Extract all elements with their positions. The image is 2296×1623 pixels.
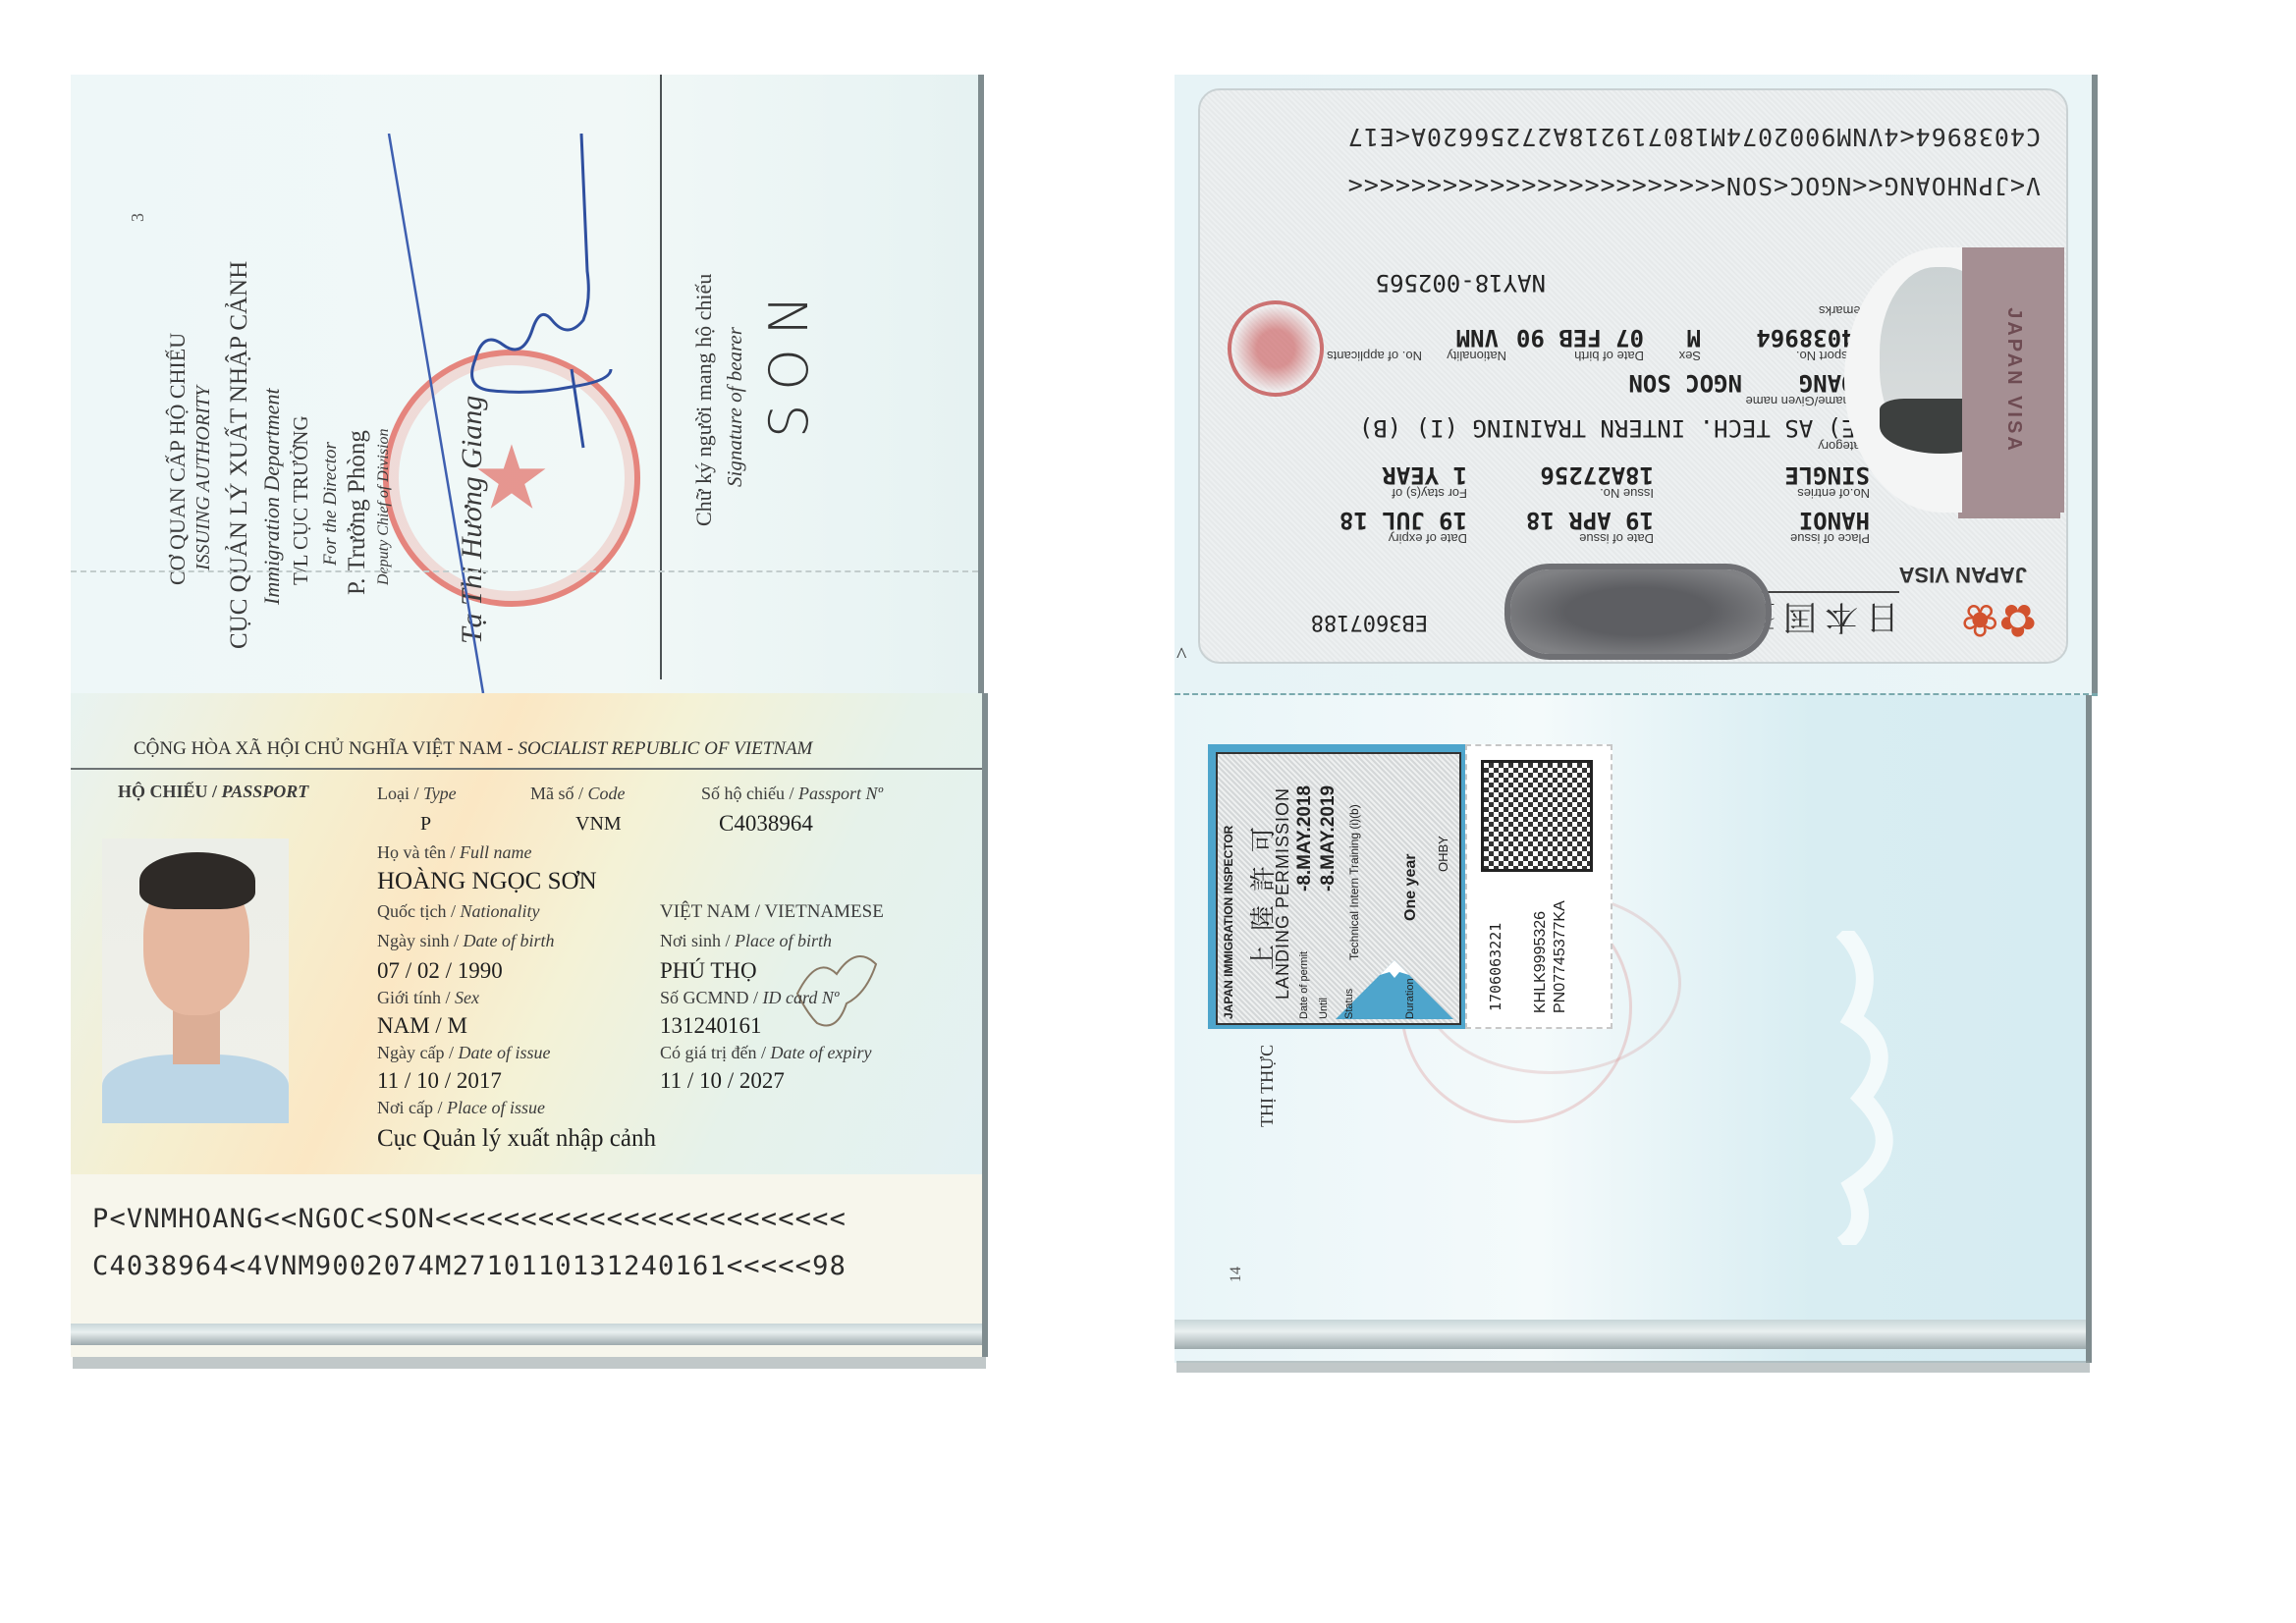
code-label-en: Code xyxy=(588,784,626,803)
passport-no-label-en: Passport Nº xyxy=(798,784,883,803)
visa-category: (E) AS TECH. INTERN TRAINING (I) (B) xyxy=(1359,414,1870,442)
date-of-issue: 19 APR 18 xyxy=(1526,507,1654,534)
port-code: OHBY xyxy=(1436,836,1450,872)
for-director-vi: T/L CỤC TRƯỞNG xyxy=(289,415,313,585)
visa-side-band: JAPAN VISA xyxy=(1962,247,2064,513)
sex: NAM / M xyxy=(377,1013,467,1039)
id-card-label: Số GCMND / ID card Nº xyxy=(660,988,839,1008)
applicants-label: No. of applicants xyxy=(1327,349,1422,363)
visa-mrz-line-1: V<JPNHOANG<<NGOC<SON<<<<<<<<<<<<<<<<<<<<… xyxy=(1347,172,2041,200)
stamp-header: JAPAN IMMIGRATION INSPECTOR xyxy=(1222,826,1235,1019)
nationality-label-en: Nationality xyxy=(461,901,540,921)
passport-no-label-vi: Số hộ chiếu xyxy=(701,784,785,803)
holder-photo xyxy=(102,839,289,1123)
nationality: VNM xyxy=(1456,324,1499,352)
code-label: Mã số / Code xyxy=(530,784,626,804)
data-page-header: CỘNG HÒA XÃ HỘI CHỦ NGHĨA VIỆT NAM - SOC… xyxy=(134,738,958,760)
embossed-seal xyxy=(1510,569,1766,654)
japan-visa-sticker: ✿❀ JAPAN VISA 日本国査証 EB3607188 Place of i… xyxy=(1198,88,2068,664)
page-number: 14 xyxy=(1228,1267,1245,1282)
date-of-expiry: 19 JUL 18 xyxy=(1339,507,1467,534)
place-issue-label-en: Place of issue xyxy=(447,1098,545,1117)
page-shadow xyxy=(73,1357,986,1369)
issue-date-label: Ngày cấp / Date of issue xyxy=(377,1043,550,1063)
sex: M xyxy=(1687,324,1701,352)
type-label-en: Type xyxy=(423,784,457,803)
issue-label-vi: Ngày cấp xyxy=(377,1043,444,1062)
bearer-signature: SON xyxy=(758,282,820,438)
code-label-vi: Mã số xyxy=(530,784,574,803)
pob-label-vi: Nơi sinh xyxy=(660,931,721,950)
stamp-code-2: PN07745377KA xyxy=(1552,900,1569,1013)
signature-divider xyxy=(660,75,662,679)
issuing-authority-label-vi: CƠ QUAN CẤP HỘ CHIẾU xyxy=(165,333,191,585)
place-of-issue: Cục Quản lý xuất nhập cảnh xyxy=(377,1125,656,1153)
type-label: Loại / Type xyxy=(377,784,457,804)
date-of-expiry: 11 / 10 / 2027 xyxy=(660,1068,785,1094)
status-label: Status xyxy=(1343,989,1355,1019)
expiry-label-en: Date of expiry xyxy=(771,1043,872,1062)
date-of-birth: 07 FEB 90 xyxy=(1516,324,1644,352)
page-shadow xyxy=(1176,1361,2090,1373)
dob-label-en: Date of birth xyxy=(464,931,555,950)
stay-duration: 1 YEAR xyxy=(1382,461,1467,489)
stamp-code-1: KHLK9995326 xyxy=(1532,911,1550,1013)
landing-permission-sticker: JAPAN IMMIGRATION INSPECTOR 上陸許可 LANDING… xyxy=(1208,744,1613,1029)
place-of-birth: PHÚ THỌ xyxy=(660,958,757,984)
number-of-entries: SINGLE xyxy=(1784,461,1870,489)
passport-number: C4038964 xyxy=(719,811,813,837)
header-rule xyxy=(71,768,982,770)
bearer-signature-label-en: Signature of bearer xyxy=(723,327,747,487)
expiry-label-vi: Có giá trị đến xyxy=(660,1043,756,1062)
date-of-permit-label: Date of permit xyxy=(1298,951,1310,1019)
sex-label-vi: Giới tính xyxy=(377,988,441,1007)
decorative-watermark-icon xyxy=(1744,931,1941,1245)
stamp-number: 1706063221 xyxy=(1487,923,1504,1011)
mofa-seal xyxy=(1228,300,1324,397)
mrz-line-1: P<VNMHOANG<<NGOC<SON<<<<<<<<<<<<<<<<<<<<… xyxy=(92,1204,847,1234)
passport-type: P xyxy=(420,813,431,836)
sex-label-en: Sex xyxy=(455,988,479,1007)
date-of-birth: 07 / 02 / 1990 xyxy=(377,958,503,984)
partial-stamp-text: THỊ THỰC xyxy=(1257,1045,1278,1127)
issuing-authority-label-en: ISSUING AUTHORITY xyxy=(192,386,215,570)
status: Technical Intern Training (i)(b) xyxy=(1347,804,1361,960)
official-handwritten-signature xyxy=(365,134,660,703)
department-vi: CỤC QUẢN LÝ XUẤT NHẬP CẢNH xyxy=(226,261,253,649)
full-name-label-en: Full name xyxy=(460,842,532,862)
qr-code-icon xyxy=(1481,760,1593,872)
sex-label: Giới tính / Sex xyxy=(377,988,479,1008)
page-number: 3 xyxy=(128,213,148,222)
until-date: -8.MAY.2019 xyxy=(1318,785,1339,892)
full-name-label: Họ và tên / Full name xyxy=(377,842,532,863)
country-name-en: SOCIALIST REPUBLIC OF VIETNAM xyxy=(518,738,812,759)
duration: One year xyxy=(1402,854,1420,921)
band-text: JAPAN VISA xyxy=(2002,307,2025,454)
passport-observation-page: 3 ★ CƠ QUAN CẤP HỘ CHIẾU ISSUING AUTHORI… xyxy=(71,75,984,693)
document-type-label: HỘ CHIẾU / PASSPORT xyxy=(118,782,308,802)
place-of-issue: HANOI xyxy=(1799,507,1870,534)
passport-no-label: Số hộ chiếu / Passport Nº xyxy=(701,784,883,804)
perforation-line xyxy=(71,570,978,572)
stamp-barcode-panel: 1706063221 KHLK9995326 PN07745377KA xyxy=(1465,744,1613,1029)
dob-label: Ngày sinh / Date of birth xyxy=(377,931,555,951)
issue-label-en: Date of issue xyxy=(458,1043,550,1062)
expiry-date-label: Có giá trị đến / Date of expiry xyxy=(660,1043,871,1063)
stamp-title: LANDING PERMISSION xyxy=(1273,787,1293,1000)
id-card-number: 131240161 xyxy=(660,1013,762,1039)
for-director-en: For the Director xyxy=(320,442,342,566)
nationality-label: Quốc tịch / Nationality xyxy=(377,901,540,922)
page-edge xyxy=(1175,1320,2086,1349)
dob-label-vi: Ngày sinh xyxy=(377,931,450,950)
id-label-vi: Số GCMND xyxy=(660,988,749,1007)
id-label-en: ID card Nº xyxy=(763,988,840,1007)
visa-serial: EB3607188 xyxy=(1311,610,1428,634)
date-of-issue: 11 / 10 / 2017 xyxy=(377,1068,502,1094)
visa-mrz-line-2: C4038964<4VNM9002074M180719218A27256620A… xyxy=(1347,123,2041,151)
full-name: HOÀNG NGỌC SƠN xyxy=(377,868,597,895)
page-edge xyxy=(71,1324,982,1345)
mrz-line-2: C4038964<4VNM9002074M2710110131240161<<<… xyxy=(92,1251,847,1281)
place-issue-label-vi: Nơi cấp xyxy=(377,1098,433,1117)
date-of-permit: -8.MAY.2018 xyxy=(1294,785,1316,892)
country-name-vi: CỘNG HÒA XÃ HỘI CHỦ NGHĨA VIỆT NAM xyxy=(134,738,503,759)
type-label-vi: Loại xyxy=(377,784,410,803)
place-of-issue-label: Nơi cấp / Place of issue xyxy=(377,1098,545,1118)
photo-shirt xyxy=(102,1055,289,1123)
doc-label-en: PASSPORT xyxy=(222,782,309,801)
nationality: VIỆT NAM / VIETNAMESE xyxy=(660,901,884,923)
doc-label-vi: HỘ CHIẾU xyxy=(118,782,208,801)
duration-label: Duration xyxy=(1404,978,1416,1019)
until-label: Until xyxy=(1318,998,1330,1019)
remarks: NAY18-002565 xyxy=(1376,269,1546,297)
bearer-signature-label-vi: Chữ ký người mang hộ chiếu xyxy=(691,274,717,526)
nationality-label-vi: Quốc tịch xyxy=(377,901,446,921)
separator: - xyxy=(507,738,518,759)
given-name: NGOC SON xyxy=(1628,369,1742,397)
stamp-page: JAPAN IMMIGRATION INSPECTOR 上陸許可 LANDING… xyxy=(1175,695,2092,1363)
photo-hair xyxy=(139,852,255,909)
passport-data-page: CỘNG HÒA XÃ HỘI CHỦ NGHĨA VIỆT NAM - SOC… xyxy=(71,693,988,1357)
country-code: VNM xyxy=(575,813,622,836)
visa-page: ✿❀ JAPAN VISA 日本国査証 EB3607188 Place of i… xyxy=(1175,75,2098,695)
issue-number: 18A27256 xyxy=(1540,461,1654,489)
full-name-label-vi: Họ và tên xyxy=(377,842,446,862)
page-mark: ^ xyxy=(1176,642,1186,668)
